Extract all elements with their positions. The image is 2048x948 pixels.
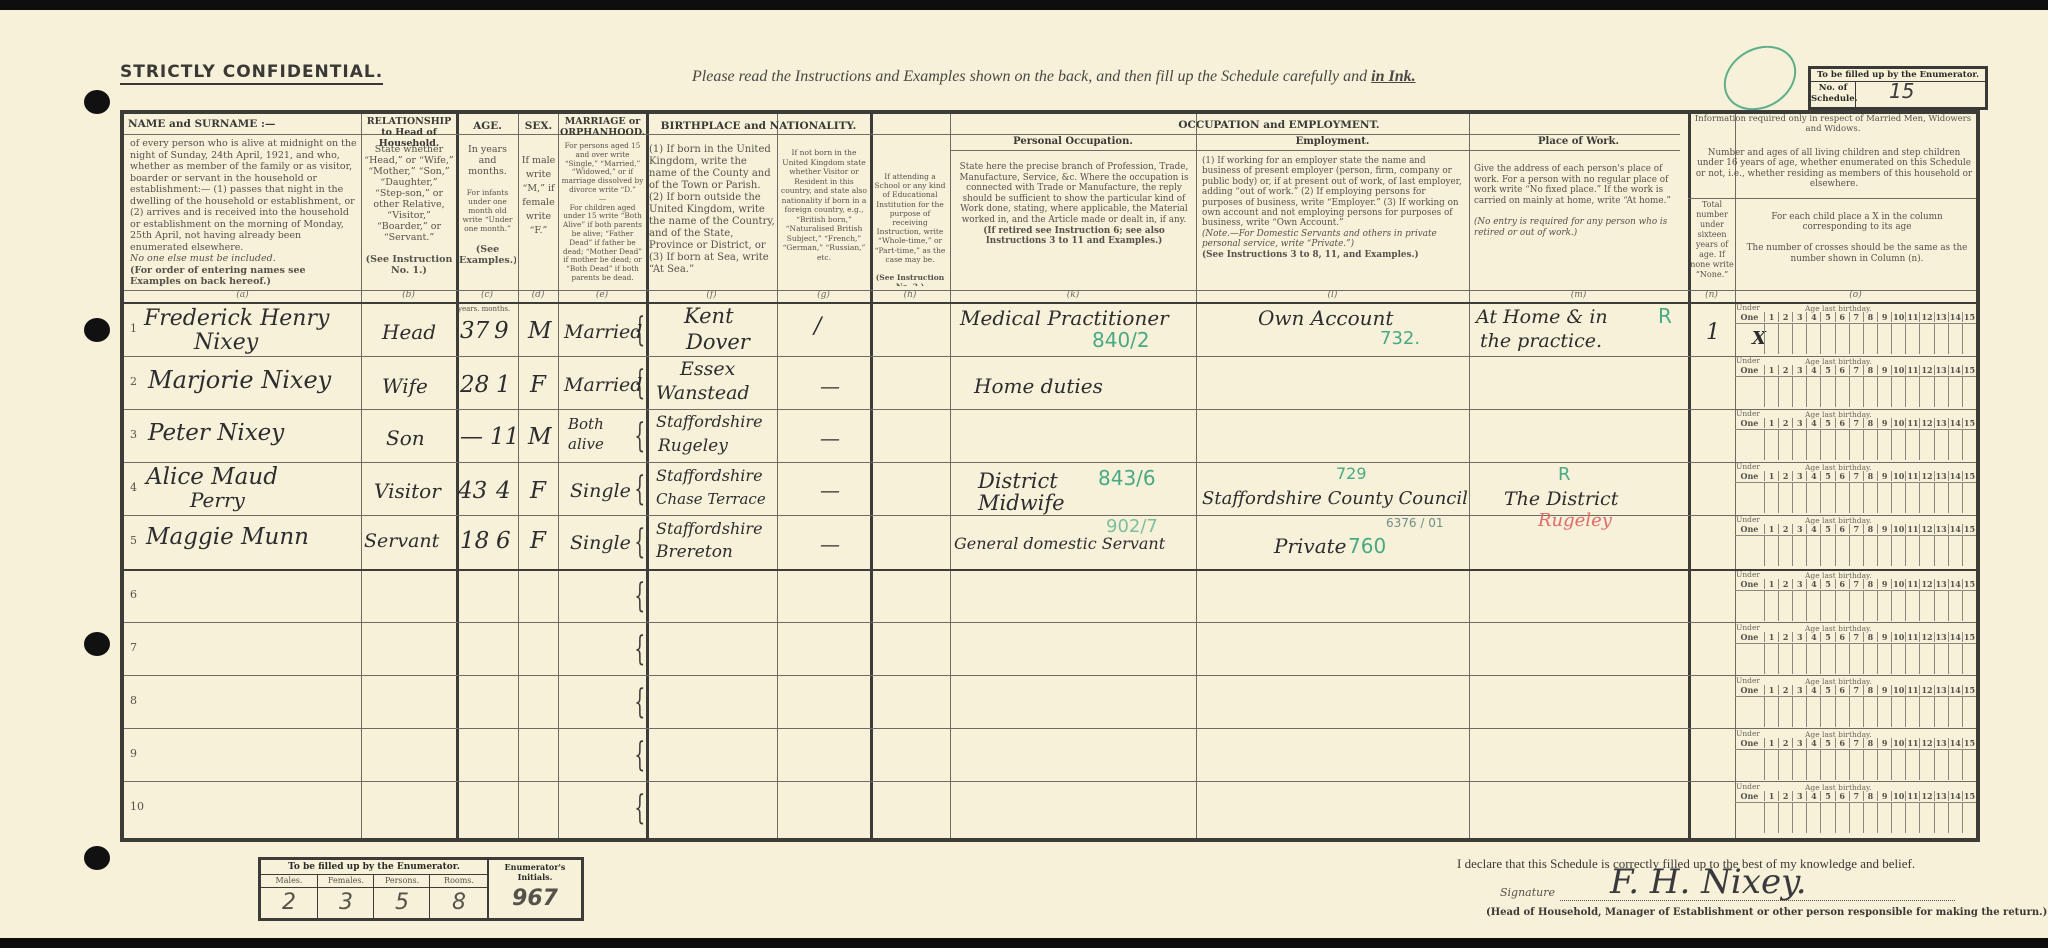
sex: F [530,478,546,504]
employment-code: 760 [1348,534,1386,558]
birth-town: Brereton [656,542,733,562]
place-of-work: At Home & in [1476,306,1608,328]
schedule-number-box: To be filled up by the Enumerator. No. o… [1808,66,1988,110]
person-name: Marjorie Nixey [148,366,331,394]
relationship: Visitor [374,479,441,503]
employment-code: 729 [1336,464,1367,483]
employment: Own Account [1258,306,1393,330]
person-name: Frederick Henry [144,306,329,331]
child-age-grid: UnderAge last birthday.One12345678910111… [1735,677,1976,727]
employment: Private [1274,534,1347,558]
females-count: Females.3 [317,875,374,918]
child-age-grid: UnderAge last birthday.One12345678910111… [1735,463,1976,513]
relationship: Servant [364,530,439,552]
sex: M [528,318,552,344]
enumerator-initials: Enumerator's Initials.967 [487,860,581,918]
occupation: Home duties [974,374,1103,398]
person-name: Alice Maud [146,464,278,490]
marriage-instructions: For persons aged 15 and over write “Sing… [561,142,644,288]
punch-hole [84,846,110,870]
married-info-instructions: Number and ages of all living children a… [1694,148,1974,198]
punch-hole [84,318,110,342]
place-code: R [1558,464,1571,485]
age-years: 37 [460,318,489,344]
marital-status: Both alive [568,414,628,454]
age-months: 6 [496,528,511,554]
birth-town: Rugeley [658,436,728,456]
birth-county: Staffordshire [656,519,763,538]
age-months: 11 [490,424,519,450]
personal-occupation-title: Personal Occupation. [950,136,1196,147]
marital-status: Married [564,321,642,343]
punch-hole [84,90,110,114]
employment-instructions: (1) If working for an employer state the… [1202,156,1464,288]
sex: M [528,424,552,450]
sex: F [530,528,546,554]
marital-status: Married [564,374,642,396]
name-column-instructions: of every person who is alive at midnight… [130,138,358,288]
in-ink-emphasis: in Ink. [1371,68,1415,85]
nationality: — [820,374,840,398]
child-age-grid: UnderAge last birthday.One12345678910111… [1735,410,1976,460]
age-months: 4 [496,478,511,504]
birth-town: Chase Terrace [656,490,766,508]
census-schedule-page: STRICTLY CONFIDENTIAL. Please read the I… [0,10,2048,938]
child-age-grid: UnderAge last birthday.One12345678910111… [1735,624,1976,674]
age-years: 18 [460,528,489,554]
sex-instructions: If male write “M,” if female write “F.” [521,154,556,274]
birth-county: Staffordshire [656,466,763,485]
sex: F [530,372,546,398]
occupation-code: 840/2 [1092,328,1150,352]
child-age-grid: UnderAge last birthday.One12345678910111… [1735,357,1976,407]
marital-status: Single [570,532,631,554]
punch-hole [84,632,110,656]
signature-note: (Head of Household, Manager of Establish… [1486,907,2047,918]
nationality: — [820,532,840,556]
married-info-title: Information required only in respect of … [1690,114,1976,134]
person-name: Peter Nixey [148,420,284,446]
age-months: 1 [496,372,511,398]
persons-count: Persons.5 [373,875,430,918]
children-total-instructions: Total number under sixteen years of age.… [1689,200,1735,288]
nationality: — [820,426,840,450]
nationality: — [820,478,840,502]
occupation-group-title: OCCUPATION and EMPLOYMENT. [870,119,1688,132]
employment: Staffordshire County Council [1202,488,1468,509]
birthplace-uk-instructions: (1) If born in the United Kingdom, write… [649,144,775,284]
signature-label: Signature [1500,886,1555,899]
employment-code-extra: 6376 / 01 [1386,516,1443,530]
age-instructions: In years and months. For infants under o… [459,144,516,284]
marriage-column-title: MARRIAGE or ORPHANHOOD. [559,116,646,138]
birth-county: Essex [680,358,735,380]
instructions-line: Please read the Instructions and Example… [692,68,1416,86]
rooms-count: Rooms.8 [429,875,488,918]
place-of-work: The District [1504,488,1618,510]
birth-town: Dover [686,330,750,354]
males-count: Males.2 [261,875,317,918]
occupation: District Midwife [978,470,1108,514]
person-surname: Perry [190,488,245,512]
age-years: — [460,424,483,450]
place-of-work-annotation: Rugeley [1538,510,1612,531]
enumerator-summary-box: To be filled up by the Enumerator. Males… [258,857,584,921]
place-of-work-title: Place of Work. [1469,136,1688,147]
relationship-instructions: State whether “Head,” or “Wife,” “Mother… [364,144,454,284]
occupation-code: 902/7 [1106,516,1158,537]
child-age-grid: UnderAge last birthday.One12345678910111… [1735,730,1976,780]
place-of-work-line2: the practice. [1480,330,1602,352]
occupation: Medical Practitioner [960,306,1169,330]
child-age-grid: UnderAge last birthday.One12345678910111… [1735,571,1976,621]
birthplace-column-title: BIRTHPLACE and NATIONALITY. [647,120,870,133]
schedule-number-value: 15 [1889,79,1914,103]
relationship: Son [386,426,425,450]
person-name: Maggie Munn [146,524,309,550]
child-age-grid: UnderAge last birthday.One12345678910111… [1735,304,1976,354]
person-surname: Nixey [194,330,258,355]
relationship: Wife [382,374,428,398]
sex-column-title: SEX. [519,120,558,133]
occupation-code: 843/6 [1098,466,1156,490]
nationality: / [814,314,821,339]
confidential-heading: STRICTLY CONFIDENTIAL. [120,62,383,85]
child-cross-instructions: For each child place a X in the column c… [1740,212,1974,282]
marital-status: Single [570,480,631,502]
relationship: Head [382,320,436,344]
children-total: 1 [1706,320,1720,345]
employment-title: Employment. [1196,136,1469,147]
birth-county: Kent [684,304,734,328]
age-years: 43 [458,478,487,504]
name-column-title: NAME and SURNAME :— [128,118,358,131]
age-years: 28 [460,372,489,398]
nationality-instructions: If not born in the United Kingdom state … [779,148,869,282]
birth-town: Wanstead [656,382,750,404]
education-instructions: If attending a School or any kind of Edu… [872,172,948,286]
place-of-work-instructions: Give the address of each person's place … [1474,164,1682,284]
signature: F. H. Nixey. [1610,862,1807,902]
birth-county: Staffordshire [656,412,763,431]
child-age-grid: UnderAge last birthday.One12345678910111… [1735,783,1976,833]
employment-code: 732. [1380,328,1420,349]
child-age-grid: UnderAge last birthday.One12345678910111… [1735,516,1976,566]
age-column-title: AGE. [457,120,518,133]
household-schedule-table: NAME and SURNAME :— of every person who … [120,110,1980,842]
age-months: 9 [494,318,509,344]
place-code: R [1658,304,1672,328]
personal-occupation-instructions: State here the precise branch of Profess… [956,162,1192,288]
